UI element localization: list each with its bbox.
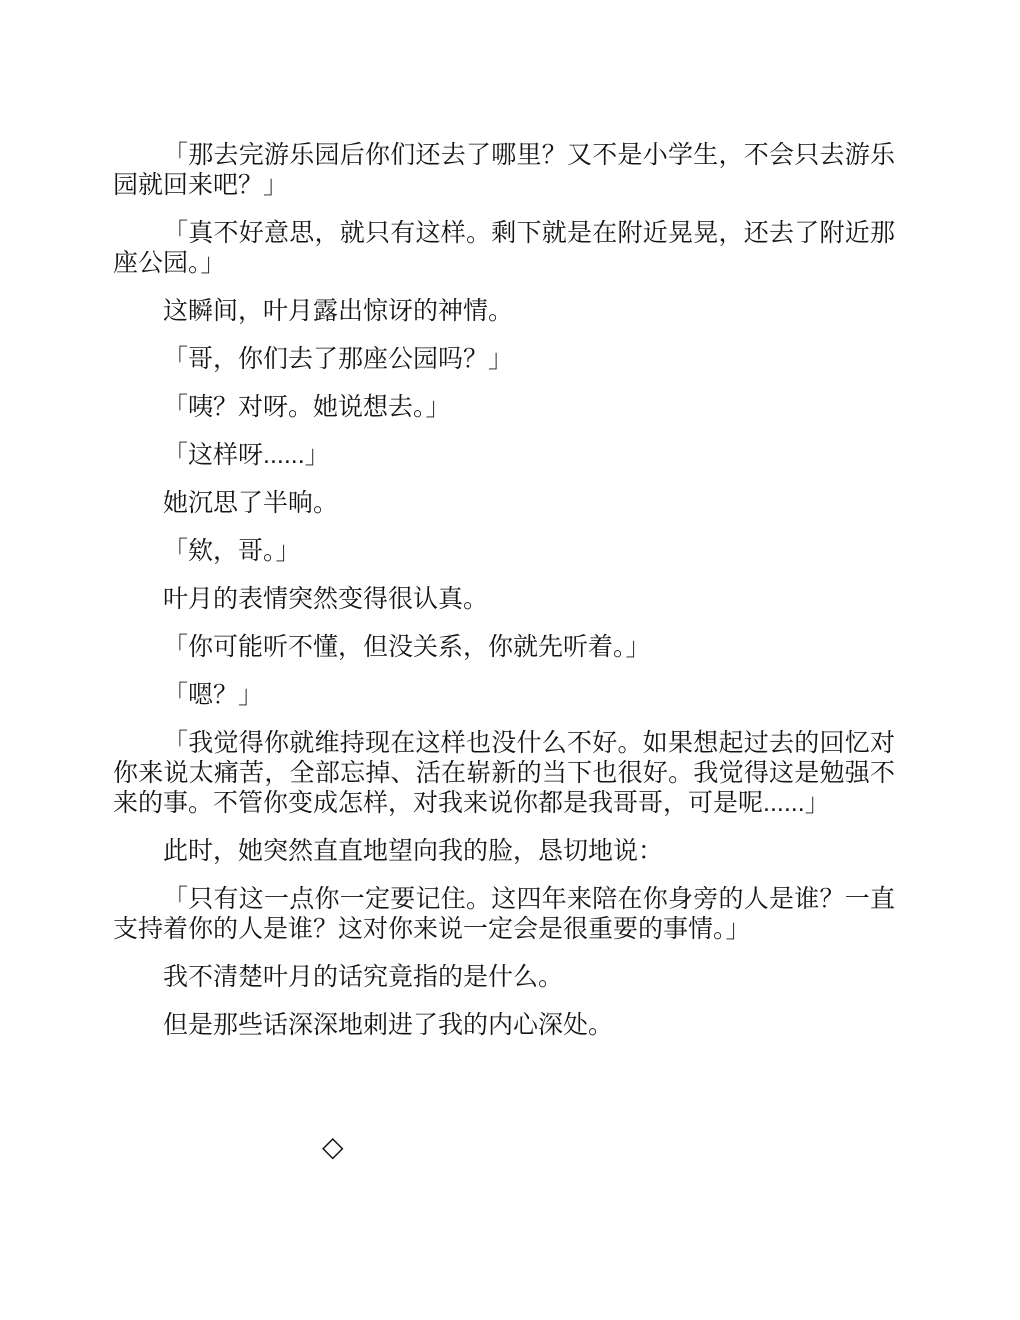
paragraph: 「那去完游乐园后你们还去了哪里？又不是小学生，不会只去游乐园就回来吧？」 [113, 140, 895, 200]
paragraph: 此时，她突然直直地望向我的脸，恳切地说： [113, 836, 895, 866]
page-content: 「那去完游乐园后你们还去了哪里？又不是小学生，不会只去游乐园就回来吧？」「真不好… [113, 122, 895, 1164]
paragraph: 「这样呀......」 [113, 440, 895, 470]
paragraph: 「只有这一点你一定要记住。这四年来陪在你身旁的人是谁？一直支持着你的人是谁？这对… [113, 884, 895, 944]
paragraph: 但是那些话深深地刺进了我的内心深处。 [113, 1010, 895, 1040]
paragraph: 这瞬间，叶月露出惊讶的神情。 [113, 296, 895, 326]
paragraph: 我不清楚叶月的话究竟指的是什么。 [113, 962, 895, 992]
scene-break-diamond: ◇ [113, 1130, 895, 1164]
paragraph: 「我觉得你就维持现在这样也没什么不好。如果想起过去的回忆对你来说太痛苦，全部忘掉… [113, 728, 895, 818]
paragraph: 「嗯？」 [113, 680, 895, 710]
paragraph-list: 「那去完游乐园后你们还去了哪里？又不是小学生，不会只去游乐园就回来吧？」「真不好… [113, 140, 895, 1040]
paragraph: 「真不好意思，就只有这样。剩下就是在附近晃晃，还去了附近那座公园。」 [113, 218, 895, 278]
book-page: 「那去完游乐园后你们还去了哪里？又不是小学生，不会只去游乐园就回来吧？」「真不好… [0, 0, 1020, 1320]
paragraph: 「欸，哥。」 [113, 536, 895, 566]
paragraph: 「咦？对呀。她说想去。」 [113, 392, 895, 422]
paragraph: 「你可能听不懂，但没关系，你就先听着。」 [113, 632, 895, 662]
paragraph: 「哥，你们去了那座公园吗？」 [113, 344, 895, 374]
paragraph: 她沉思了半晌。 [113, 488, 895, 518]
paragraph: 叶月的表情突然变得很认真。 [113, 584, 895, 614]
